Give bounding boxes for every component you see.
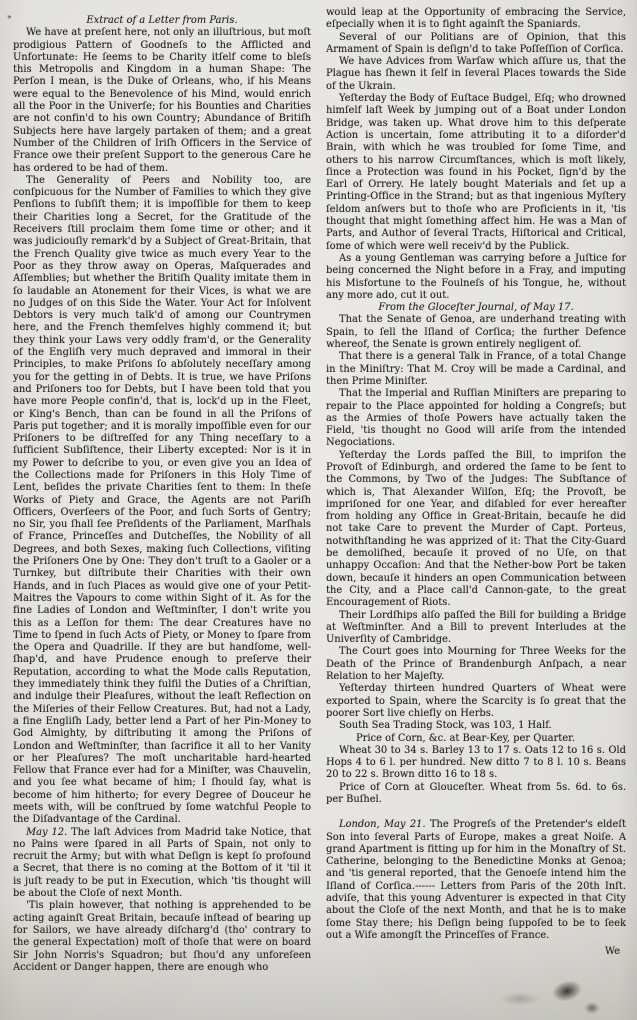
italic-text: May 12. <box>26 827 67 838</box>
body-text: That the Senate of Genoa, are underhand … <box>326 314 626 350</box>
body-text: Price of Corn at Glouceſter. Wheat from … <box>326 782 626 805</box>
body-text: would leap at the Opportunity of embraci… <box>326 7 626 30</box>
body-text: Wheat 30 to 34 s. Barley 13 to 17 s. Oat… <box>326 745 626 781</box>
stock-price-line: South Sea Trading Stock, was 103, 1 Half… <box>326 720 626 732</box>
letter-heading: Extract of a Letter from Paris. <box>13 15 311 27</box>
body-text: Their Lordſhips alſo paſſed the Bill for… <box>326 610 626 646</box>
paragraph: would leap at the Opportunity of embraci… <box>326 7 626 32</box>
body-text: Price of Corn, &c. at Bear-Key, per Quar… <box>356 733 575 744</box>
body-text: The Court goes into Mourning for Three W… <box>326 646 626 682</box>
text-column-left: Extract of a Letter from Paris.We have a… <box>13 15 311 974</box>
body-text: South Sea Trading Stock, was 103, 1 Half… <box>339 720 552 731</box>
price-list: Wheat 30 to 34 s. Barley 13 to 17 s. Oat… <box>326 745 626 782</box>
paragraph: That the Senate of Genoa, are underhand … <box>326 314 626 351</box>
paragraph: The Generality of Peers and Nobility too… <box>13 175 311 827</box>
body-text: 'Tis plain however, that nothing is appr… <box>13 900 311 972</box>
body-text: Yeſterday the Lords paſſed the Bill, to … <box>326 450 626 609</box>
italic-text: London, May 21. <box>339 819 426 830</box>
body-text: Several of our Politians are of Opinion,… <box>326 32 626 55</box>
body-text: Yeſterday thirteen hundred Quarters of W… <box>326 683 626 719</box>
paragraph: We have at preſent here, not only an ill… <box>13 27 311 175</box>
paragraph: That the Imperial and Ruſſian Miniſters … <box>326 388 626 449</box>
body-text: We have at preſent here, not only an ill… <box>13 27 311 173</box>
text-column-right: would leap at the Opportunity of embraci… <box>326 7 626 942</box>
body-text: That the Imperial and Ruſſian Miniſters … <box>326 388 626 448</box>
dateline-paragraph: May 12. The laſt Advices from Madrid tak… <box>13 827 311 901</box>
paragraph: That there is a general Talk in France, … <box>326 351 626 388</box>
ink-smudge <box>550 977 584 1004</box>
price-line: Price of Corn at Glouceſter. Wheat from … <box>326 782 626 807</box>
body-text: That there is a general Talk in France, … <box>326 351 626 387</box>
paragraph: 'Tis plain however, that nothing is appr… <box>13 900 311 974</box>
catchword: We <box>540 946 620 957</box>
paragraph: Their Lordſhips alſo paſſed the Bill for… <box>326 610 626 647</box>
newspaper-page: * Extract of a Letter from Paris.We have… <box>0 0 637 1020</box>
paragraph: The Court goes into Mourning for Three W… <box>326 646 626 683</box>
paragraph: Several of our Politians are of Opinion,… <box>326 32 626 57</box>
italic-text: Extract of a Letter from Paris. <box>86 15 237 26</box>
paragraph: We have Advices from Warſaw which aſſure… <box>326 56 626 93</box>
ink-smudge <box>500 992 540 1006</box>
italic-text: From the Gloceſter Journal, of May 17. <box>378 302 573 313</box>
paragraph: Yeſterday thirteen hundred Quarters of W… <box>326 683 626 720</box>
paragraph: Yeſterday the Lords paſſed the Bill, to … <box>326 450 626 610</box>
body-text: The Progreſs of the Pretender's eldeſt S… <box>326 819 626 941</box>
body-text: Yeſterday the Body of Euſtace Budgel, Eſ… <box>326 93 626 252</box>
margin-mark: * <box>6 14 12 24</box>
journal-heading: From the Gloceſter Journal, of May 17. <box>326 302 626 314</box>
price-heading: Price of Corn, &c. at Bear-Key, per Quar… <box>326 733 626 745</box>
body-text: The Generality of Peers and Nobility too… <box>13 175 311 825</box>
paragraph: Yeſterday the Body of Euſtace Budgel, Eſ… <box>326 93 626 253</box>
body-text: We have Advices from Warſaw which aſſure… <box>326 56 626 92</box>
paragraph: As a young Gentleman was carrying before… <box>326 253 626 302</box>
ink-smudge <box>584 1002 600 1014</box>
body-text: As a young Gentleman was carrying before… <box>326 253 626 301</box>
dateline-paragraph: London, May 21. The Progreſs of the Pret… <box>326 819 626 942</box>
